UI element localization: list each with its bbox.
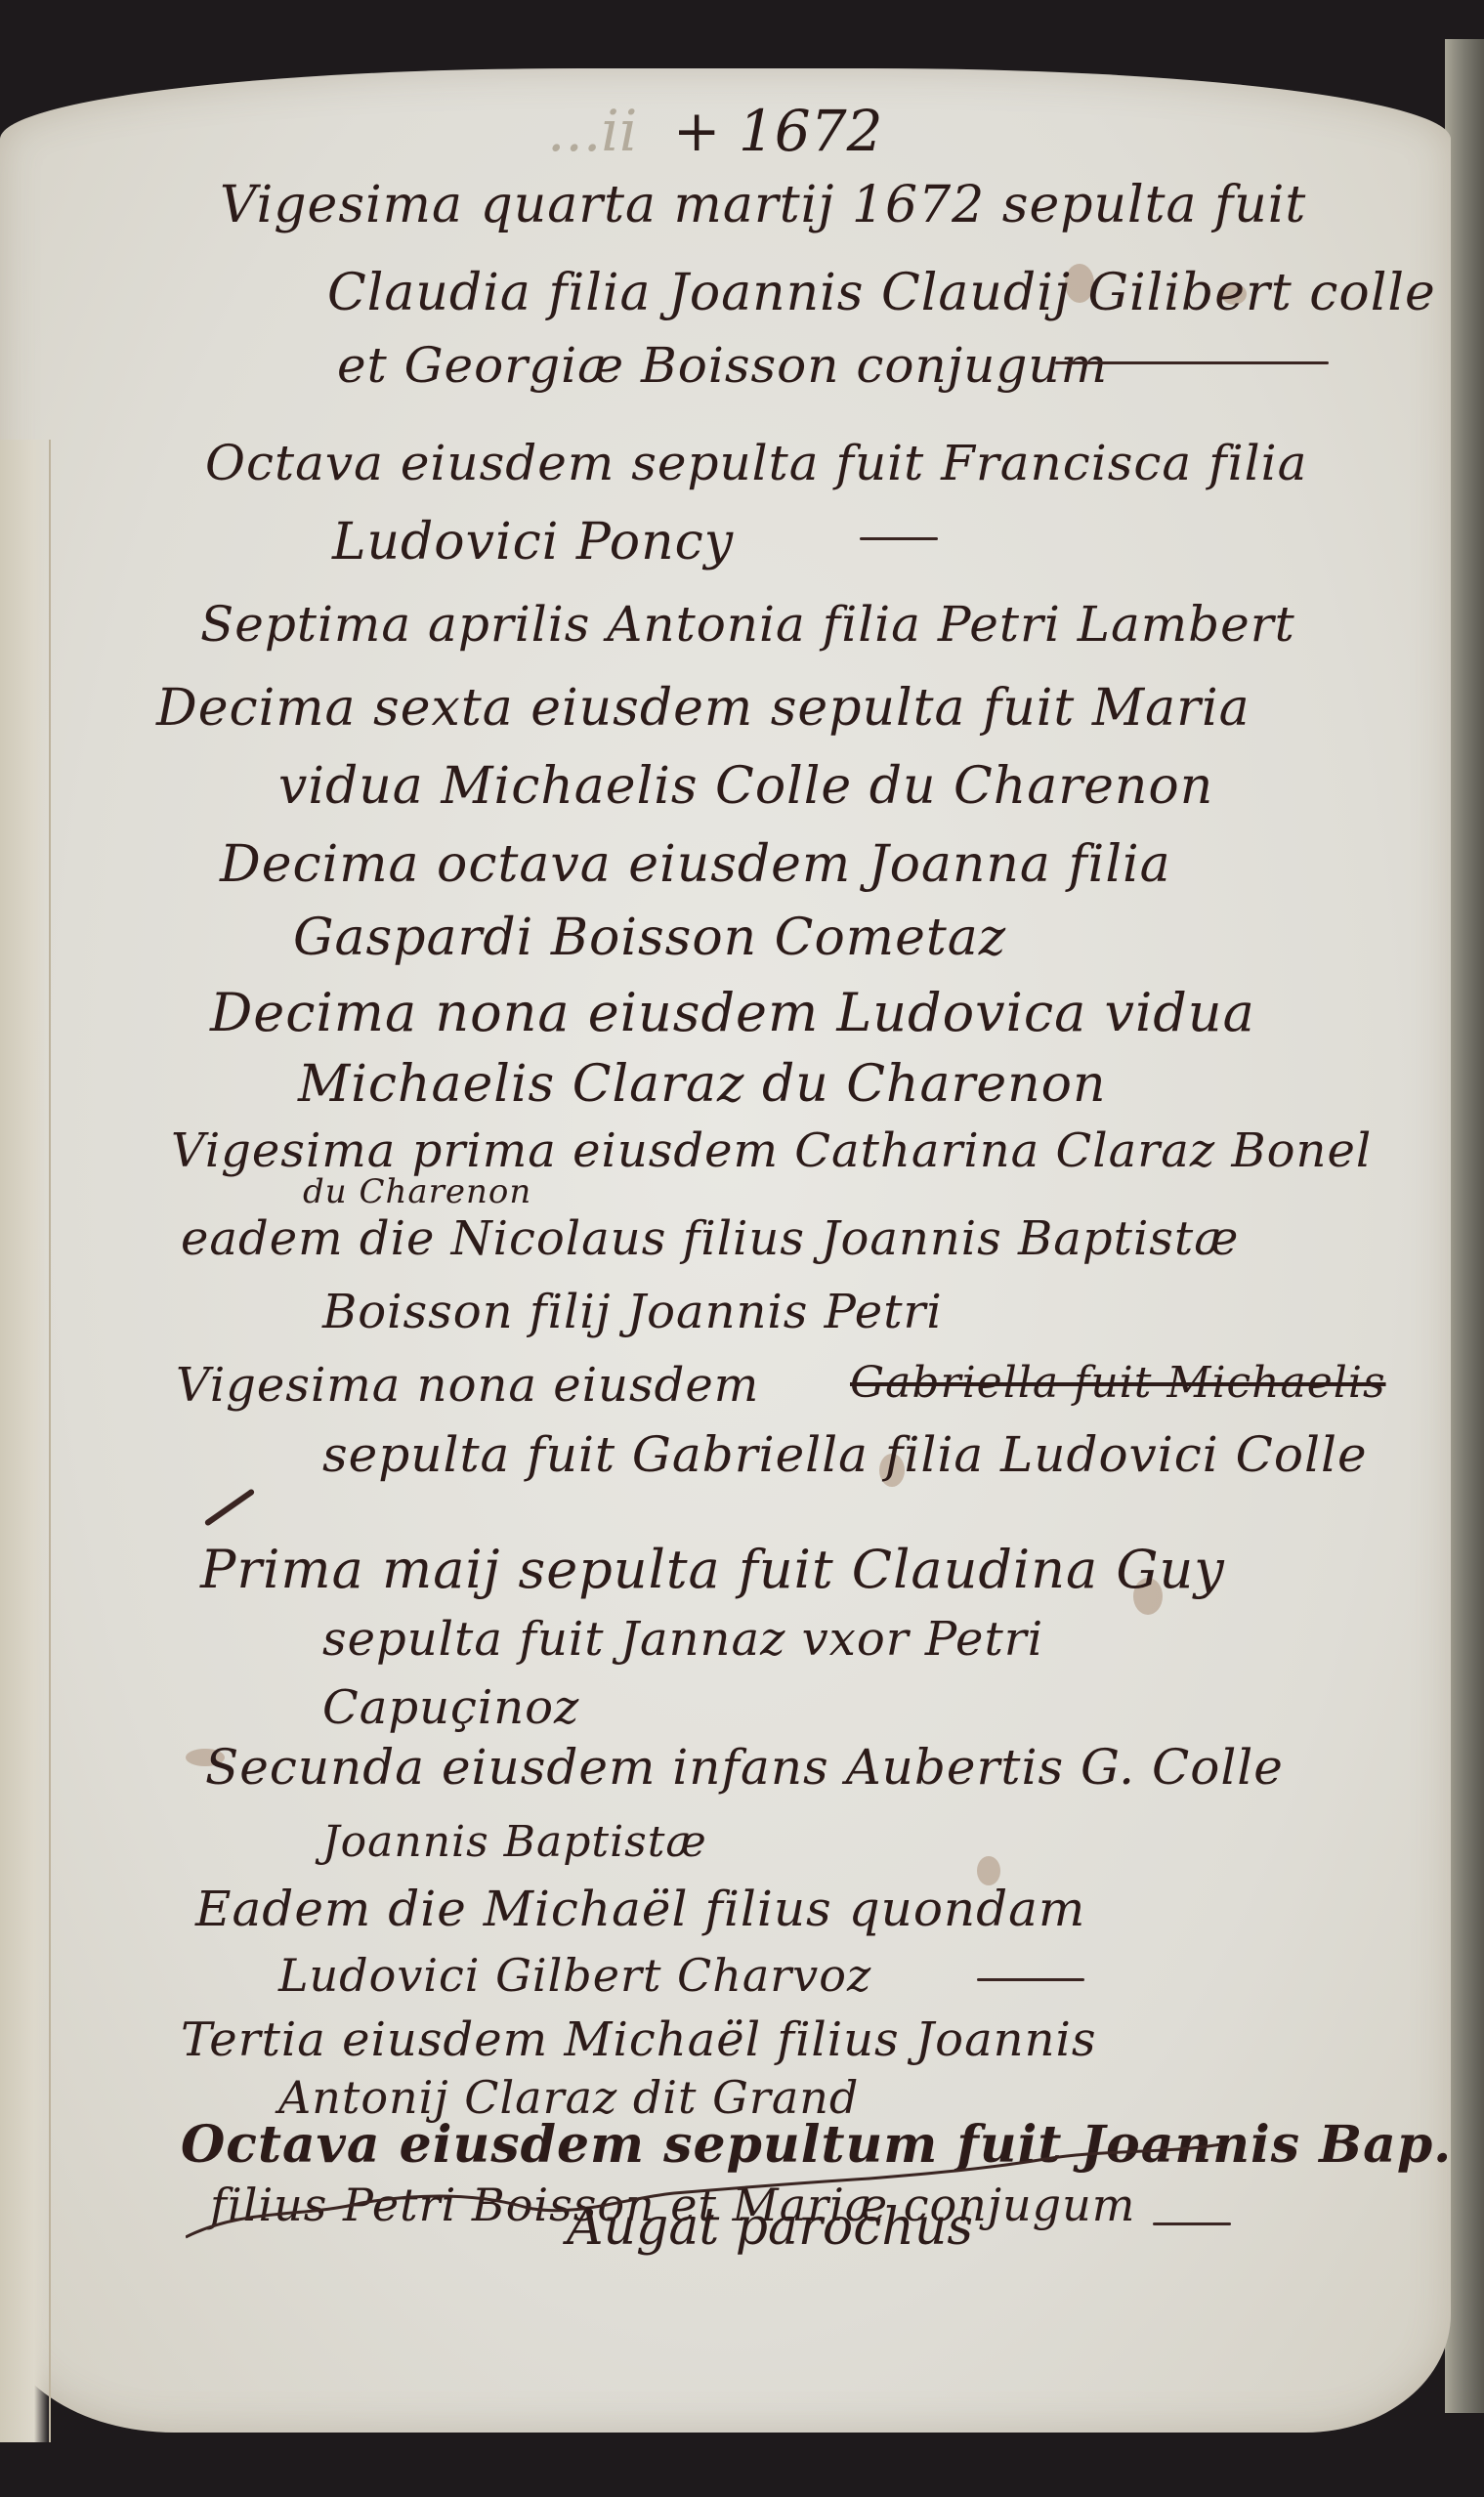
entry-line: Decima octava eiusdem Joanna filia [220,835,1171,894]
cross-mark: + [673,98,721,164]
line-filler-stroke [977,1978,1084,1981]
signature-flourish [1153,2222,1231,2225]
entry-line: Secunda eiusdem infans Aubertis G. Colle [205,1739,1284,1796]
book-binding-edge [1445,39,1484,2413]
line-filler-stroke [1055,361,1329,364]
entry-line: Tertia eiusdem Michaël filius Joannis [181,2012,1097,2067]
struck-out-text: Gabriella fuit Michaelis [850,1358,1386,1408]
entry-line: Septima aprilis Antonia filia Petri Lamb… [200,596,1295,653]
entry-line: Ludovici Gilbert Charvoz [278,1949,871,2002]
entry-line: Vigesima prima eiusdem Catharina Claraz … [171,1123,1372,1178]
entry-line: sepulta fuit Jannaz vxor Petri [322,1612,1043,1667]
entry-line: Octava eiusdem sepulta fuit Francisca fi… [205,435,1307,491]
entry-line: Decima sexta eiusdem sepulta fuit Maria [156,679,1251,738]
entry-line: vidua Michaelis Colle du Charenon [278,757,1213,816]
page-torn-left-edge [0,440,51,2442]
entry-line: Eadem die Michaël filius quondam [195,1881,1085,1937]
line-filler-stroke [860,537,938,540]
page-header-year: ...ii + 1672 [547,98,883,164]
entry-line: Ludovici Poncy [332,513,734,571]
priest-signature: Augat parochus [567,2198,973,2257]
entry-line: eadem die Nicolaus filius Joannis Baptis… [181,1211,1239,1266]
entry-line: sepulta fuit Gabriella filia Ludovici Co… [322,1426,1368,1483]
header-year: 1672 [739,98,883,164]
entry-line: Vigesima nona eiusdem [176,1358,759,1413]
margin-mark [204,1488,256,1526]
entry-line: et Georgiæ Boisson conjugum [337,337,1108,394]
entry-line-interlinear: du Charenon [303,1172,531,1211]
entry-line: Vigesima quarta martij 1672 sepulta fuit [220,176,1306,234]
entry-line: Claudia filia Joannis Claudij Gilibert c… [327,264,1436,322]
entry-line: Gaspardi Boisson Cometaz [293,909,1006,967]
manuscript-page: ...ii + 1672 Vigesima quarta martij 1672… [0,68,1451,2433]
entry-line: Boisson filij Joannis Petri [322,1285,943,1339]
faded-header-text: ...ii [547,98,637,164]
entry-line: Michaelis Claraz du Charenon [298,1055,1106,1114]
entry-line: Joannis Baptistæ [322,1817,707,1867]
entry-line: Capuçinoz [322,1680,579,1735]
entry-line: Prima maij sepulta fuit Claudina Guy [200,1539,1225,1600]
entry-line: Decima nona eiusdem Ludovica vidua [210,982,1255,1043]
